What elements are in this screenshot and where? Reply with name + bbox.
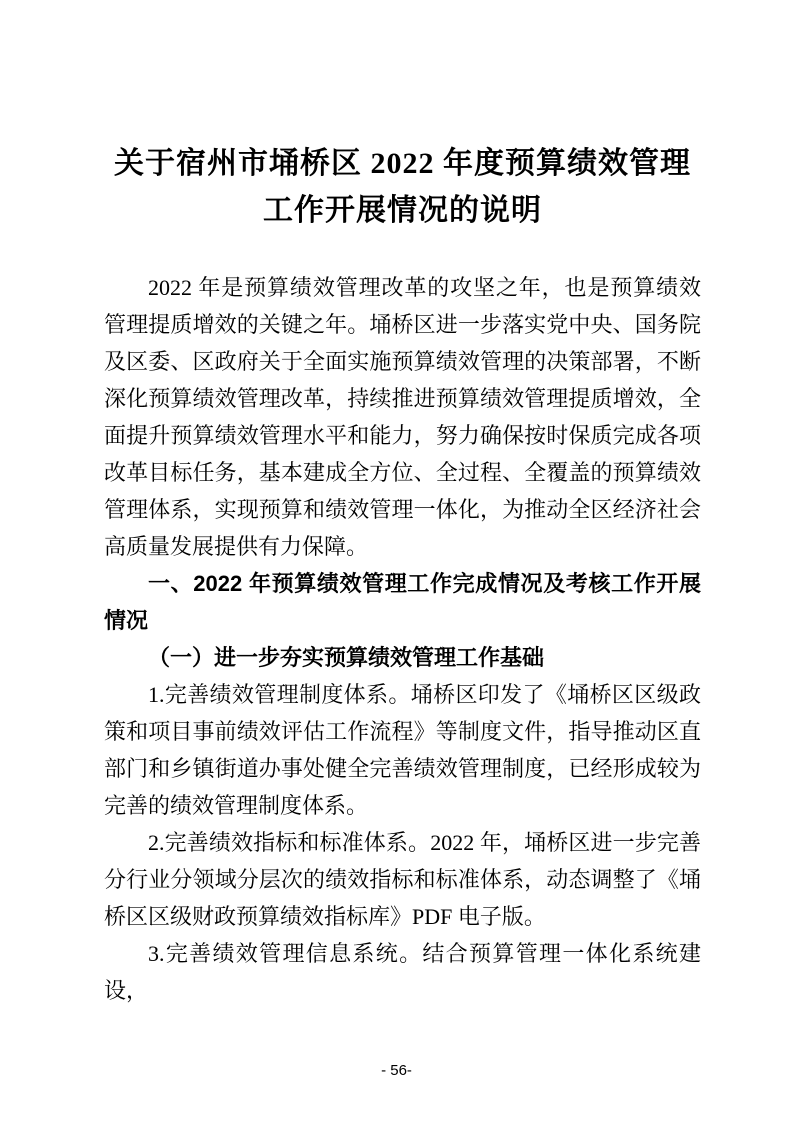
subsection-heading-1-1: （一）进一步夯实预算绩效管理工作基础 <box>104 639 701 676</box>
paragraph-item-1: 1.完善绩效管理制度体系。埇桥区印发了《埇桥区区级政策和项目事前绩效评估工作流程… <box>104 676 701 824</box>
page-number: - 56- <box>0 1062 793 1079</box>
document-title-line2: 工作开展情况的说明 <box>104 187 701 234</box>
document-content: 关于宿州市埇桥区 2022 年度预算绩效管理 工作开展情况的说明 2022 年是… <box>104 0 701 1009</box>
document-page: 关于宿州市埇桥区 2022 年度预算绩效管理 工作开展情况的说明 2022 年是… <box>0 0 793 1122</box>
document-body: 2022 年是预算绩效管理改革的攻坚之年，也是预算绩效管理提质增效的关键之年。埇… <box>104 269 701 1009</box>
paragraph-item-3: 3.完善绩效管理信息系统。结合预算管理一体化系统建设， <box>104 935 701 1009</box>
document-title-line1: 关于宿州市埇桥区 2022 年度预算绩效管理 <box>104 140 701 187</box>
document-title: 关于宿州市埇桥区 2022 年度预算绩效管理 工作开展情况的说明 <box>104 140 701 234</box>
paragraph-intro: 2022 年是预算绩效管理改革的攻坚之年，也是预算绩效管理提质增效的关键之年。埇… <box>104 269 701 565</box>
paragraph-item-2: 2.完善绩效指标和标准体系。2022 年，埇桥区进一步完善分行业分领域分层次的绩… <box>104 824 701 935</box>
section-heading-1: 一、2022 年预算绩效管理工作完成情况及考核工作开展情况 <box>104 565 701 639</box>
